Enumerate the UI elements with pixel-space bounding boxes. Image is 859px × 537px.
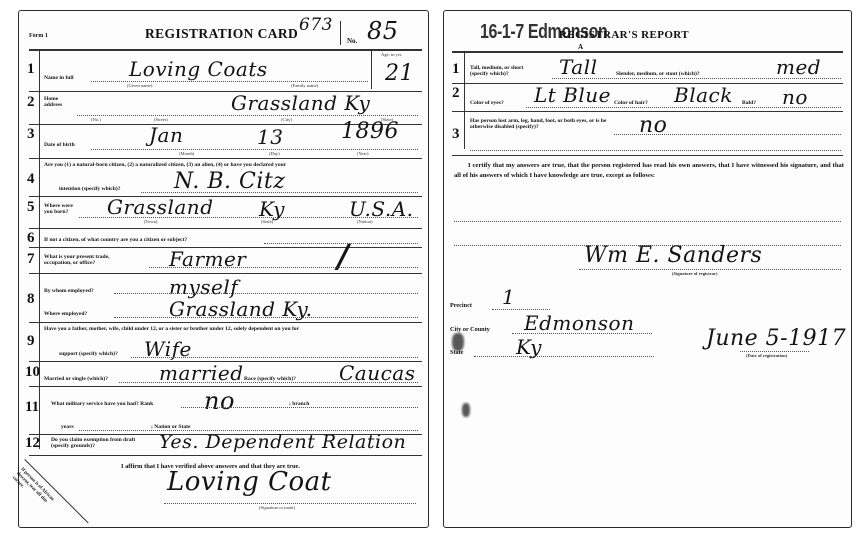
precinct-value: 1 — [502, 285, 515, 309]
home-address-value: Grassland Ky — [231, 91, 370, 115]
field-number: 11 — [25, 399, 39, 416]
build-label: Slender, medium, or stout (which)? — [616, 71, 700, 77]
stamp-letter: A — [578, 43, 583, 51]
bald-label: Bald? — [742, 100, 756, 106]
marital-status-label: Married or single (which)? — [44, 376, 108, 382]
eye-color-label: Color of eyes? — [470, 100, 504, 106]
signature-label: (Signature or mark) — [259, 505, 295, 510]
military-rank-label: What military service have you had? Rank — [51, 401, 153, 407]
registrar-report-card: 16-1-7 Edmonson REGISTRAR'S REPORT A 1 T… — [443, 10, 852, 528]
field-number: 1 — [452, 61, 460, 78]
birth-town: Grassland — [107, 195, 214, 219]
military-rank-value: no — [204, 387, 235, 415]
occupation-label: What is your present trade, occupation, … — [44, 254, 134, 267]
height-value: Tall — [559, 55, 598, 79]
field-number: 3 — [27, 126, 35, 143]
field-number: 9 — [27, 333, 35, 350]
occupation-check-mark: / — [337, 237, 349, 275]
field-number: 8 — [27, 291, 35, 308]
given-name-label: (Given name) — [127, 83, 152, 88]
no-sub-label: (No.) — [91, 117, 101, 122]
age-value: 21 — [385, 61, 414, 86]
employer-value: myself — [169, 275, 238, 299]
name-value: Loving Coats — [129, 57, 268, 81]
family-name-label: (Family name) — [291, 83, 318, 88]
state-sub-label: (State) — [261, 219, 273, 224]
county-value: Edmonson — [524, 311, 634, 335]
report-title: REGISTRAR'S REPORT — [559, 29, 689, 41]
form-number: Form 1 — [29, 33, 48, 39]
registrant-signature: Loving Coat — [167, 467, 332, 497]
precinct-label: Precinct — [450, 302, 472, 309]
hair-color-value: Black — [674, 83, 733, 107]
name-label: Name in full — [44, 75, 74, 81]
card-title: REGISTRATION CARD — [145, 26, 298, 42]
day-sub-label: (Day) — [269, 151, 280, 156]
corner-note: If person is of African descent, tear of… — [10, 467, 62, 519]
field-number: 6 — [27, 230, 35, 247]
year-sub-label: (Year) — [357, 151, 369, 156]
registration-date: June 5-1917 — [706, 326, 846, 351]
place-of-employment-label: Where employed? — [44, 311, 87, 317]
disability-label: Has person lost arm, leg, hand, foot, or… — [470, 118, 630, 131]
dependents-label-2: support (specify which)? — [59, 351, 118, 357]
field-number: 2 — [452, 85, 460, 102]
hair-color-label: Color of hair? — [614, 100, 648, 106]
eye-color-value: Lt Blue — [534, 83, 611, 107]
registration-card: Form 1 REGISTRATION CARD 673 No. 85 1 Na… — [18, 10, 429, 528]
height-label: Tall, medium, or short (specify which)? — [470, 65, 540, 78]
bald-value: no — [782, 85, 808, 109]
ink-smudge — [462, 403, 470, 417]
field-number: 10 — [25, 364, 40, 381]
military-years-label: years — [61, 424, 74, 430]
dob-day: 13 — [257, 125, 283, 149]
birthplace-label: Where were you born? — [44, 203, 78, 216]
exemption-label: Do you claim exemption from draft (speci… — [51, 437, 141, 450]
field-number: 12 — [25, 435, 40, 452]
street-sub-label: (Street) — [154, 117, 168, 122]
citizenship-label: Are you (1) a natural-born citizen, (2) … — [44, 162, 424, 168]
field-number: 1 — [27, 61, 35, 78]
ink-smudge — [452, 333, 464, 351]
dob-month: Jan — [149, 123, 183, 147]
field-number: 2 — [27, 94, 35, 111]
age-label: Age, in yrs. — [381, 52, 402, 57]
field-number: 5 — [27, 199, 35, 216]
serial-number: 673 — [299, 15, 333, 35]
citizenship-label-2: intention (specify which)? — [59, 186, 121, 192]
city-sub-label: (City) — [281, 117, 292, 122]
nation-sub-label: (Nation) — [357, 219, 373, 224]
home-address-label: Home address — [44, 96, 74, 109]
registrar-signature: Wm E. Sanders — [584, 243, 762, 268]
exemption-value: Yes. Dependent Relation — [159, 431, 406, 453]
citizenship-value: N. B. Citz — [174, 169, 285, 194]
dob-label: Date of birth — [44, 142, 75, 148]
card-number: 85 — [367, 17, 399, 45]
field-number: 7 — [27, 251, 35, 268]
dob-year: 1896 — [341, 119, 399, 144]
field-number: 3 — [452, 126, 460, 143]
employer-label: By whom employed? — [44, 288, 94, 294]
foreign-citizenship-label: If not a citizen, of what country are yo… — [44, 237, 187, 243]
dependents-label: Have you a father, mother, wife, child u… — [44, 326, 424, 332]
registration-date-label: (Date of registration) — [746, 353, 787, 358]
registrar-signature-label: (Signature of registrar) — [672, 271, 718, 276]
town-sub-label: (Town) — [144, 219, 157, 224]
month-sub-label: (Month) — [179, 151, 194, 156]
certification-text: I certify that my answers are true, that… — [454, 161, 844, 181]
no-label: No. — [347, 37, 357, 45]
field-number: 4 — [27, 171, 35, 188]
build-value: med — [776, 55, 821, 79]
